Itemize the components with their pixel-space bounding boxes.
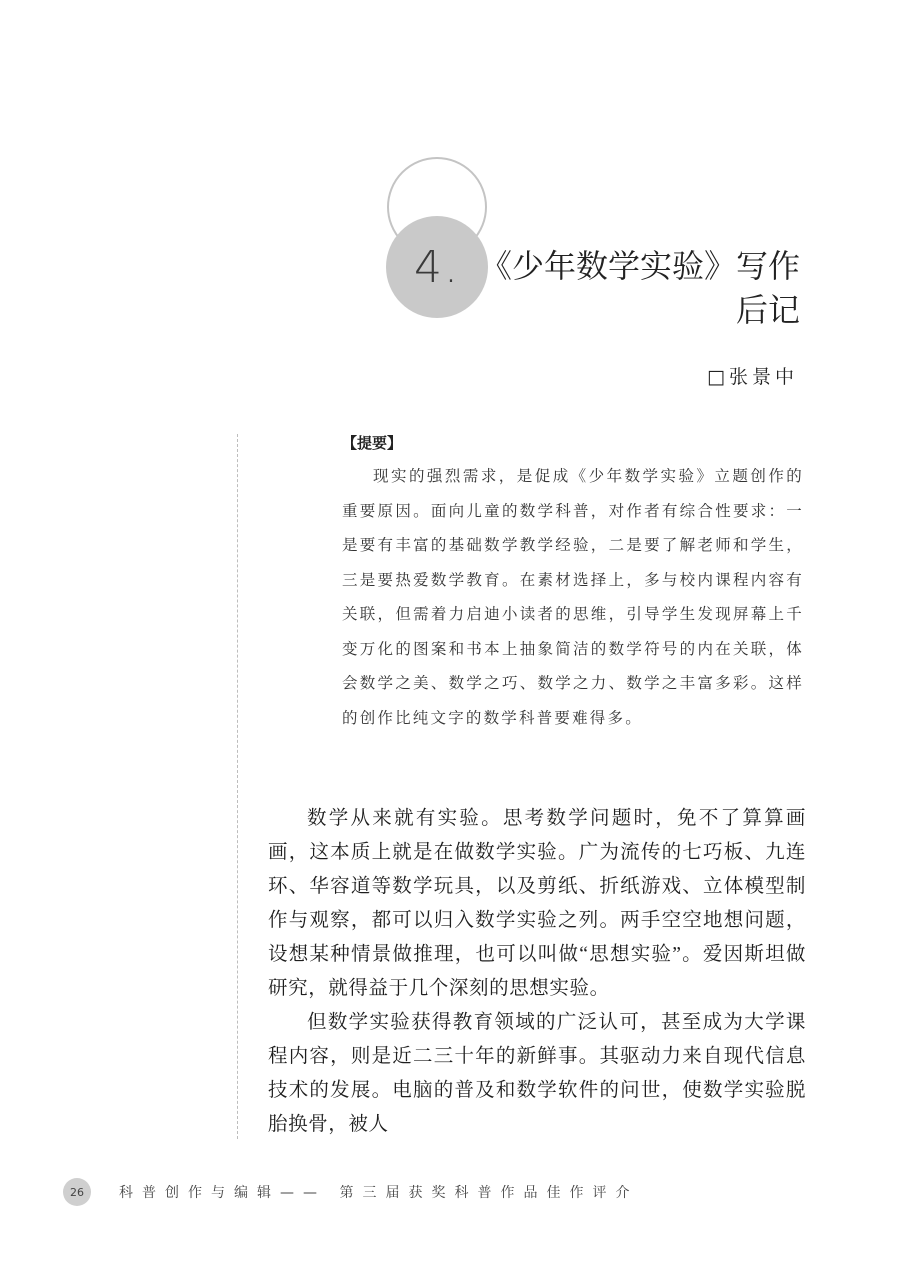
author-marker-icon: □: [707, 366, 729, 388]
running-title: 科普创作与编辑—— 第三届获奖科普作品佳作评介: [119, 1182, 638, 1202]
page-number: 26: [63, 1178, 91, 1206]
chapter-title-line1: 《少年数学实验》写作: [440, 244, 800, 288]
abstract-label: 【提要】: [342, 432, 804, 453]
body-paragraph: 数学从来就有实验。思考数学问题时，免不了算算画画，这本质上就是在做数学实验。广为…: [268, 802, 806, 1006]
body-text: 数学从来就有实验。思考数学问题时，免不了算算画画，这本质上就是在做数学实验。广为…: [268, 802, 806, 1142]
margin-dashed-rule: [237, 434, 238, 1139]
author-byline: □张景中: [707, 362, 798, 389]
body-paragraph: 但数学实验获得教育领域的广泛认可，甚至成为大学课程内容，则是近二三十年的新鲜事。…: [268, 1006, 806, 1142]
abstract-text: 现实的强烈需求，是促成《少年数学实验》立题创作的重要原因。面向儿童的数学科普，对…: [342, 459, 804, 735]
abstract-section: 【提要】 现实的强烈需求，是促成《少年数学实验》立题创作的重要原因。面向儿童的数…: [342, 432, 804, 735]
chapter-title-line2: 后记: [440, 288, 800, 332]
chapter-title: 《少年数学实验》写作 后记: [440, 244, 800, 332]
page-footer: 26 科普创作与编辑—— 第三届获奖科普作品佳作评介: [63, 1178, 638, 1206]
author-name: 张景中: [729, 366, 798, 388]
